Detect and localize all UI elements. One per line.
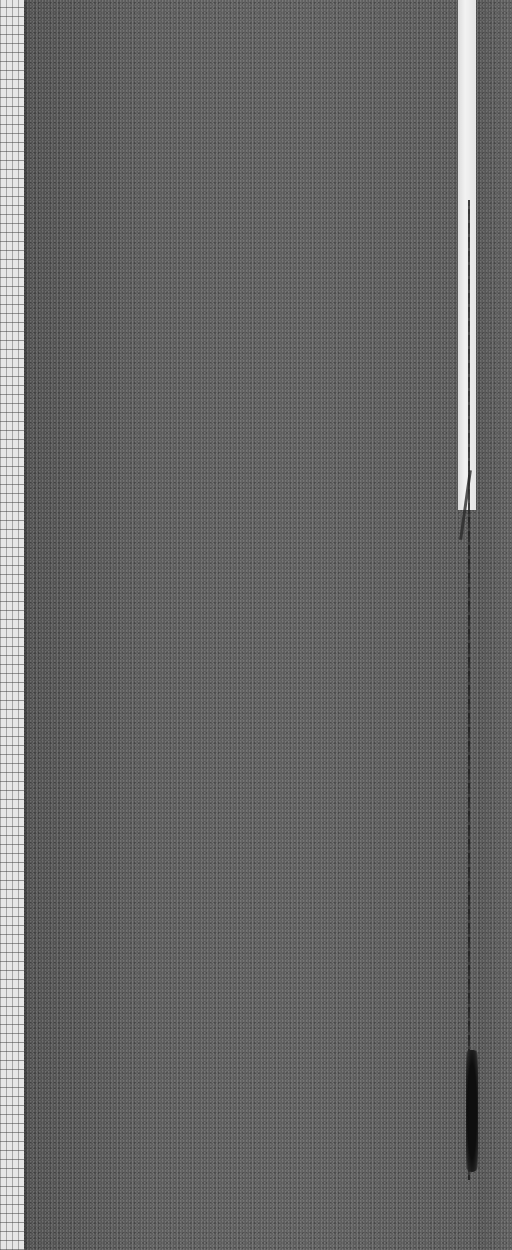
right-shoulder <box>478 0 512 1250</box>
lane-line <box>458 0 476 510</box>
pavement-crack <box>468 200 470 1180</box>
dark-patch <box>466 1050 478 1172</box>
road-surface <box>0 0 512 1250</box>
left-edge-marking <box>0 0 24 1250</box>
